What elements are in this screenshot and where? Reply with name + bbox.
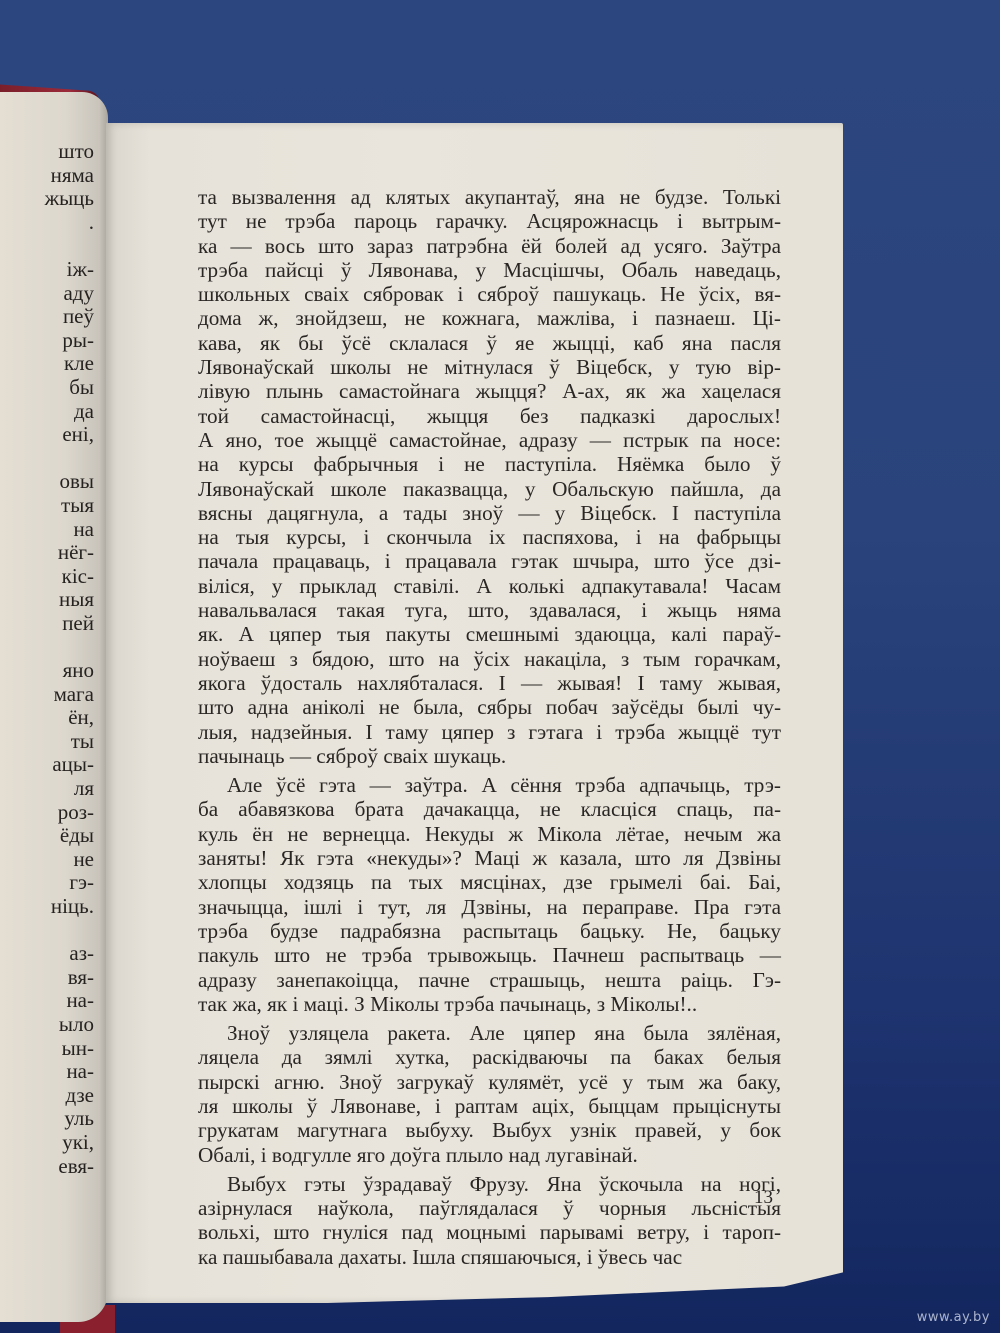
left-page-line: уль [0, 1107, 94, 1131]
text-line: азірнулася наўкола, паўглядалася ў чорны… [198, 1196, 781, 1220]
text-line: кава, як бы ўсё склалася ў яе жыцці, каб… [198, 331, 781, 355]
left-page-line: пеў [0, 305, 94, 329]
text-line: ка пашыбавала дахаты. Ішла спяшаючыся, і… [198, 1245, 781, 1269]
left-page-line: бы [0, 376, 94, 400]
text-line: ка — вось што зараз патрэбна ёй болей ад… [198, 234, 781, 258]
text-line: лівую плынь самастойнага жыцця? А-ах, як… [198, 379, 781, 403]
text-line: ляцела да зямлі хутка, раскідваючы па ба… [198, 1045, 781, 1069]
left-page-line: ніць. [0, 895, 94, 919]
text-line: пачынаць — сяброў сваіх шукаць. [198, 744, 781, 768]
text-line: вольхі, што гнуліся пад моцнымі парывамі… [198, 1220, 781, 1244]
left-page-line: ля [0, 777, 94, 801]
left-page-line: на [0, 518, 94, 542]
text-line: вясны дацягнула, а тады зноў — у Віцебск… [198, 501, 781, 525]
left-page-line: аз- [0, 942, 94, 966]
left-page-line: на- [0, 1060, 94, 1084]
left-page-line: вя- [0, 966, 94, 990]
text-line: Зноў узляцела ракета. Але цяпер яна была… [198, 1021, 781, 1045]
text-line: адразу занепакоіцца, пачне страшыць, неш… [198, 968, 781, 992]
text-line: хлопцы ходзяць па тых мясцінах, дзе грым… [198, 870, 781, 894]
left-page-line: ты [0, 730, 94, 754]
left-page-line: ныя [0, 588, 94, 612]
text-line: той самастойнасці, жыцця без падказкі да… [198, 404, 781, 428]
left-page-line: ацы- [0, 753, 94, 777]
text-line: віліся, у прыклад ставілі. А колькі адпа… [198, 574, 781, 598]
left-page-line: овы [0, 470, 94, 494]
right-page: та вызвалення ад клятых акупантаў, яна н… [106, 123, 843, 1303]
text-line: як. А цяпер тыя пакуты смешнымі здаюцца,… [198, 622, 781, 646]
left-page-line: ры- [0, 329, 94, 353]
text-line: Обалі, і водгулле яго доўга плыло над лу… [198, 1143, 781, 1167]
left-page-line: . [0, 211, 94, 235]
left-page-line: кіс- [0, 565, 94, 589]
left-page-line: укі, [0, 1131, 94, 1155]
text-line: ба абавязкова брата дачакацца, не класці… [198, 797, 781, 821]
text-line: Але ўсё гэта — заўтра. А сёння трэба адп… [198, 773, 781, 797]
left-page-line: ені, [0, 423, 94, 447]
text-line: куль ён не вернецца. Некуды ж Мікола лёт… [198, 822, 781, 846]
left-page-line [0, 919, 94, 943]
left-page-line: дзе [0, 1084, 94, 1108]
paragraph: Зноў узляцела ракета. Але цяпер яна была… [198, 1021, 781, 1167]
text-line: на курсы фабрычныя і не паступіла. Няёмк… [198, 452, 781, 476]
text-line: навальвалася такая туга, што, здавалася,… [198, 598, 781, 622]
page-number: 13 [754, 1187, 773, 1209]
text-line: школьных сваіх сябровак і сяброў пашукац… [198, 282, 781, 306]
left-page-line [0, 447, 94, 471]
left-page-line: ыло [0, 1013, 94, 1037]
left-page-line: іж- [0, 258, 94, 282]
left-page-line: мага [0, 683, 94, 707]
text-line: грукатам магутнага выбуху. Выбух узнік п… [198, 1118, 781, 1142]
left-page-line [0, 635, 94, 659]
left-page-line: пей [0, 612, 94, 636]
paragraph: та вызвалення ад клятых акупантаў, яна н… [198, 185, 781, 768]
paragraph: Выбух гэты ўзрадаваў Фрузу. Яна ўскочыла… [198, 1172, 781, 1269]
text-line: заняты! Як гэта «некуды»? Маці ж казала,… [198, 846, 781, 870]
text-line: дома ж, знойдзеш, не кожнага, мажліва, і… [198, 306, 781, 330]
left-page-line: няма [0, 164, 94, 188]
text-line: А яно, тое жыццё самастойнае, адразу — п… [198, 428, 781, 452]
left-page-line: да [0, 400, 94, 424]
left-page-line: не [0, 848, 94, 872]
left-page-line: аду [0, 282, 94, 306]
text-line: на тыя курсы, і скончыла іх паспяхова, і… [198, 525, 781, 549]
text-line: значыцца, ішлі і тут, ля Дзвіны, на пера… [198, 895, 781, 919]
left-page-line: тыя [0, 494, 94, 518]
page-body-text: та вызвалення ад клятых акупантаў, яна н… [198, 185, 781, 1269]
left-page-line: кле [0, 352, 94, 376]
left-page-line: гэ- [0, 871, 94, 895]
text-line: ля школы ў Лявонаве, і раптам аціх, быцц… [198, 1094, 781, 1118]
left-page-line [0, 234, 94, 258]
paragraph: Але ўсё гэта — заўтра. А сёння трэба адп… [198, 773, 781, 1016]
text-line: пакуль што не трэба трывожыць. Пачнеш ра… [198, 943, 781, 967]
text-line: тут не трэба пароць гарачку. Асцярожнасц… [198, 209, 781, 233]
left-page-line: жыць [0, 187, 94, 211]
text-line: трэба пайсці ў Лявонава, у Масцішчы, Оба… [198, 258, 781, 282]
text-line: Лявонаўскай школы не мітнулася ў Віцебск… [198, 355, 781, 379]
left-page-line: ён, [0, 706, 94, 730]
text-line: ноўваеш з бядою, што на ўсіх накаціла, з… [198, 647, 781, 671]
left-page-line: евя- [0, 1155, 94, 1179]
text-line: так жа, як і маці. З Міколы трэба пачына… [198, 992, 781, 1016]
text-line: трэба будзе падрабязна распытаць бацьку.… [198, 919, 781, 943]
open-book: штонямажыць. іж-адупеўры-клебыдаені, овы… [0, 0, 1000, 1333]
text-line: Выбух гэты ўзрадаваў Фрузу. Яна ўскочыла… [198, 1172, 781, 1196]
left-page-line: ын- [0, 1037, 94, 1061]
left-page-line: роз- [0, 801, 94, 825]
left-page-line: што [0, 140, 94, 164]
left-page-text-fragments: штонямажыць. іж-адупеўры-клебыдаені, овы… [0, 140, 94, 1178]
left-page-line: на- [0, 989, 94, 1013]
text-line: пырскі агню. Зноў загрукаў кулямёт, усё … [198, 1070, 781, 1094]
left-page-line: нёг- [0, 541, 94, 565]
left-page-line: яно [0, 659, 94, 683]
text-line: якога ўдосталь нахлябталася. І — жывая! … [198, 671, 781, 695]
left-page-line: ёды [0, 824, 94, 848]
left-page: штонямажыць. іж-адупеўры-клебыдаені, овы… [0, 92, 108, 1322]
text-line: лыя, надзейныя. І таму цяпер з гэтага і … [198, 720, 781, 744]
text-line: пачала працаваць, і працавала гэтак шчыр… [198, 549, 781, 573]
text-line: Лявонаўскай школе паказвацца, у Обальску… [198, 477, 781, 501]
text-line: та вызвалення ад клятых акупантаў, яна н… [198, 185, 781, 209]
watermark: www.ay.by [917, 1310, 990, 1325]
text-line: што адна аніколі не была, сябры побач за… [198, 695, 781, 719]
